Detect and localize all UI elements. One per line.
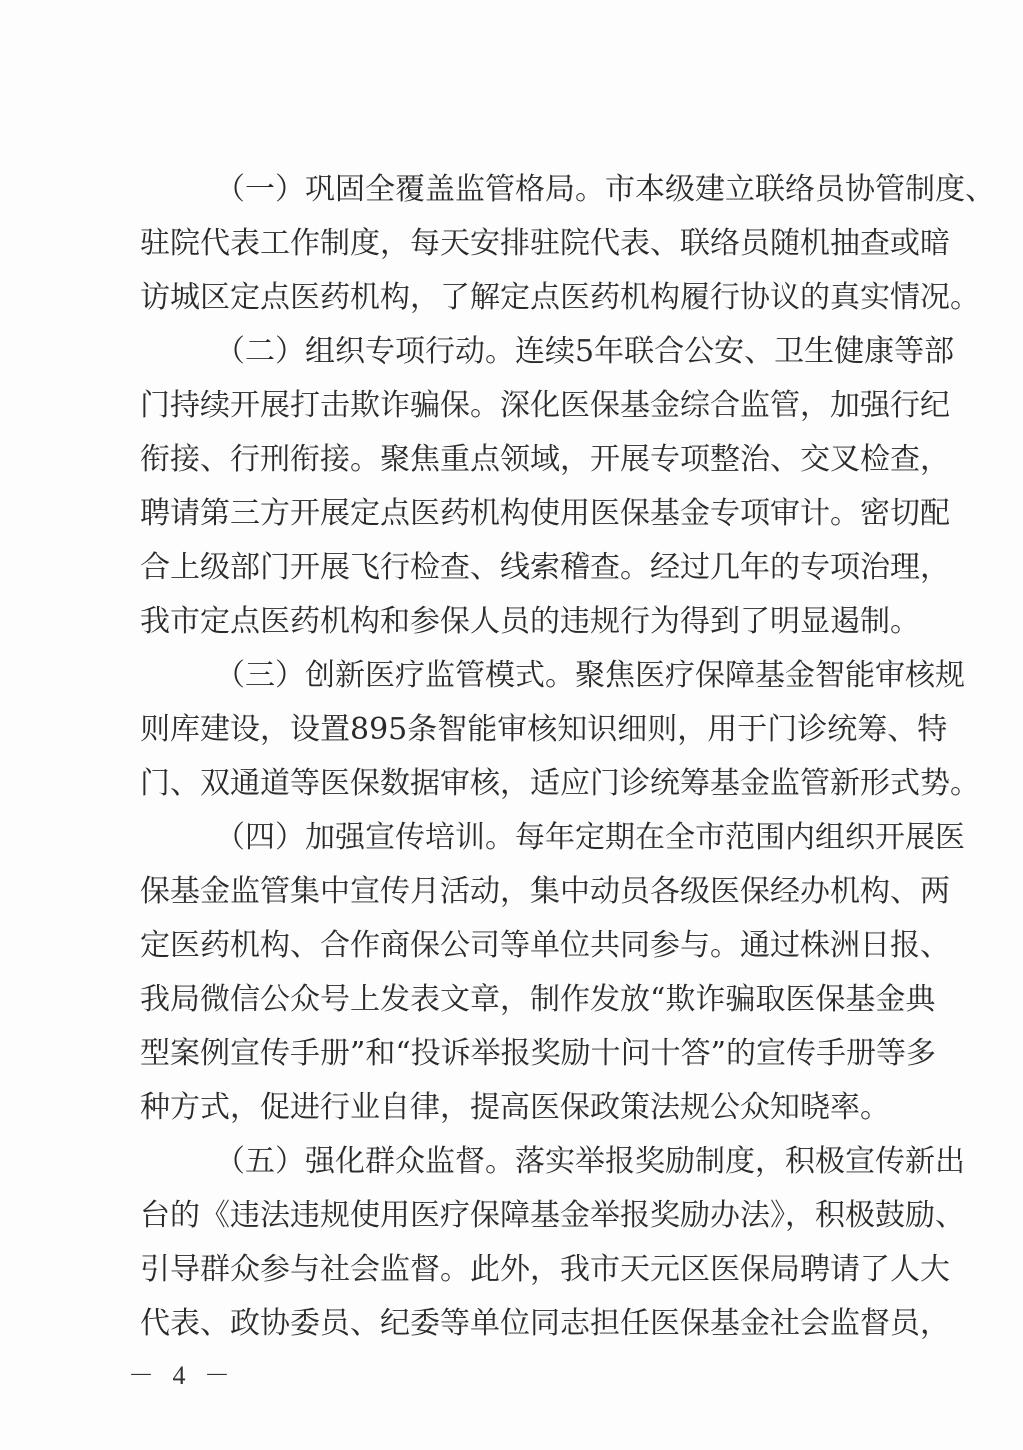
paragraph-5-line-4: 代表、政协委员、纪委等单位同志担任医保基金社会监督员，: [140, 1304, 880, 1344]
paragraph-2-line-5: 合上级部门开展飞行检查、线索稽查。经过几年的专项治理，: [140, 548, 880, 588]
paragraph-2-line-6: 我市定点医药机构和参保人员的违规行为得到了明显遏制。: [140, 602, 880, 642]
paragraph-1-line-1: （一）巩固全覆盖监管格局。市本级建立联络员协管制度、: [215, 170, 880, 210]
paragraph-2-line-3: 衔接、行刑衔接。聚焦重点领域，开展专项整治、交叉检查，: [140, 440, 880, 480]
paragraph-3-line-1: （三）创新医疗监管模式。聚焦医疗保障基金智能审核规: [215, 656, 880, 696]
paragraph-2-line-1: （二）组织专项行动。连续5年联合公安、卫生健康等部: [215, 332, 880, 372]
paragraph-4-line-6: 种方式，促进行业自律，提高医保政策法规公众知晓率。: [140, 1088, 880, 1128]
paragraph-4-line-2: 保基金监管集中宣传月活动，集中动员各级医保经办机构、两: [140, 872, 880, 912]
paragraph-5-line-3: 引导群众参与社会监督。此外，我市天元区医保局聘请了人大: [140, 1250, 880, 1290]
paragraph-4-line-4: 我局微信公众号上发表文章，制作发放“欺诈骗取医保基金典: [140, 980, 880, 1020]
paragraph-1-line-3: 访城区定点医药机构，了解定点医药机构履行协议的真实情况。: [140, 278, 880, 318]
paragraph-4-line-3: 定医药机构、合作商保公司等单位共同参与。通过株洲日报、: [140, 926, 880, 966]
page-number: － 4 －: [128, 1355, 236, 1392]
paragraph-5-line-1: （五）强化群众监督。落实举报奖励制度，积极宣传新出: [215, 1142, 880, 1182]
paragraph-2-line-4: 聘请第三方开展定点医药机构使用医保基金专项审计。密切配: [140, 494, 880, 534]
paragraph-1-line-2: 驻院代表工作制度，每天安排驻院代表、联络员随机抽查或暗: [140, 224, 880, 264]
document-page: （一）巩固全覆盖监管格局。市本级建立联络员协管制度、 驻院代表工作制度，每天安排…: [0, 0, 1023, 1450]
paragraph-2-line-2: 门持续开展打击欺诈骗保。深化医保基金综合监管，加强行纪: [140, 386, 880, 426]
paragraph-5-line-2: 台的《违法违规使用医疗保障基金举报奖励办法》，积极鼓励、: [140, 1196, 880, 1236]
paragraph-3-line-2: 则库建设，设置895条智能审核知识细则，用于门诊统筹、特: [140, 710, 880, 750]
paragraph-3-line-3: 门、双通道等医保数据审核，适应门诊统筹基金监管新形式势。: [140, 764, 880, 804]
paragraph-4-line-1: （四）加强宣传培训。每年定期在全市范围内组织开展医: [215, 818, 880, 858]
paragraph-4-line-5: 型案例宣传手册”和“投诉举报奖励十问十答”的宣传手册等多: [140, 1034, 880, 1074]
